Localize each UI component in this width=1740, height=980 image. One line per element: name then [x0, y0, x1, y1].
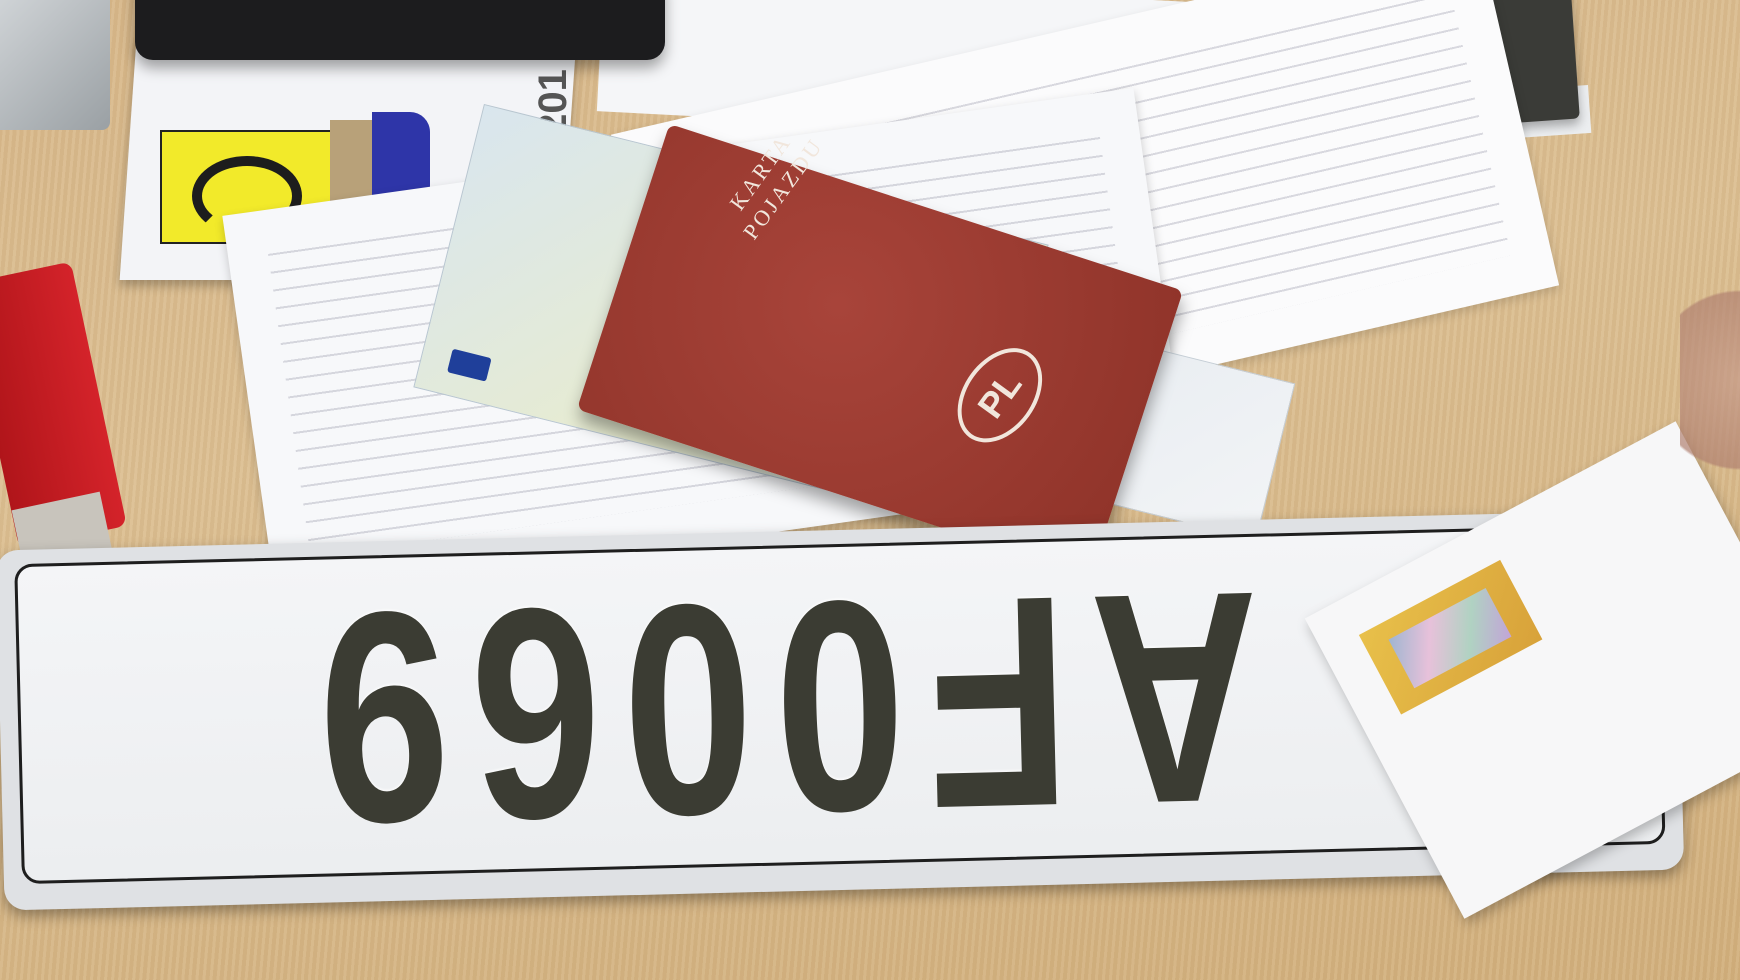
plate-characters: AF0069	[293, 547, 1264, 870]
black-wallet	[135, 0, 665, 60]
paper-clip-box	[0, 0, 110, 130]
blurred-hand	[1680, 270, 1740, 490]
hologram-sticker	[1359, 560, 1543, 715]
eu-flag-icon	[447, 349, 492, 382]
hologram-icon	[1389, 588, 1512, 688]
pl-country-badge: PL	[940, 332, 1059, 458]
